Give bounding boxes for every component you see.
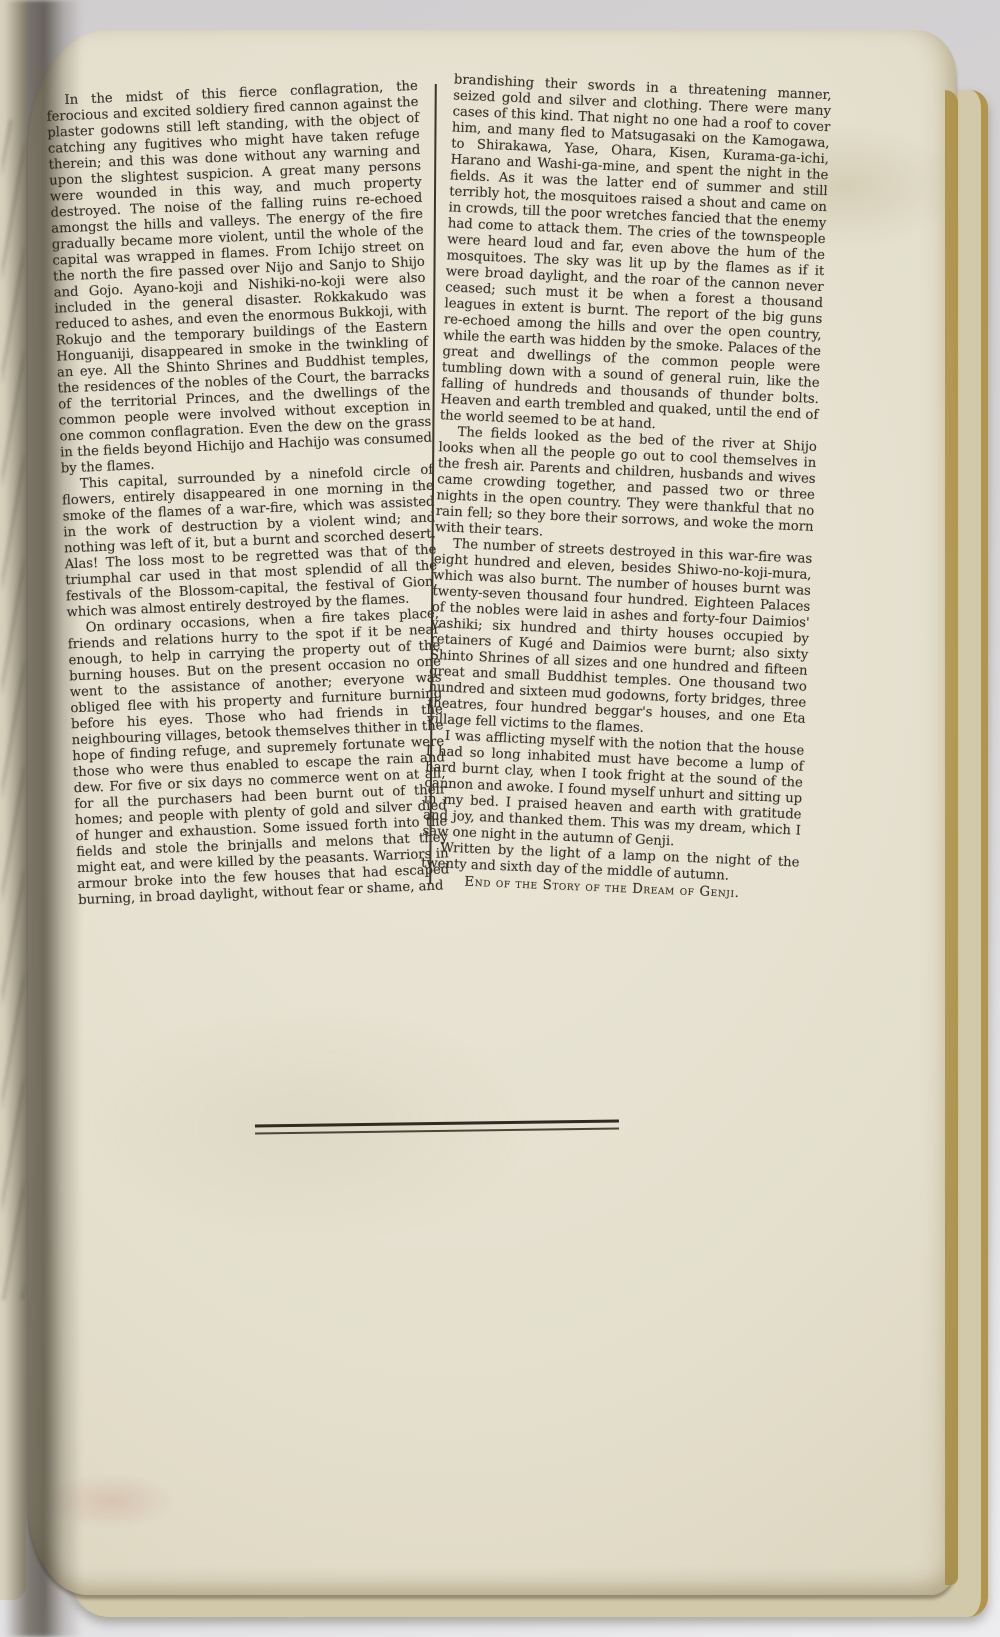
paragraph: This capital, surrounded by a ninefold c…	[61, 463, 438, 622]
paragraph: The number of streets destroyed in this …	[427, 536, 813, 744]
left-text-column: In the midst of this fierce conflagratio…	[46, 79, 450, 909]
paragraph: brandishing their swords in a threatenin…	[440, 72, 832, 440]
paragraph: The fields looked as the bed of the rive…	[435, 424, 817, 552]
decorative-double-rule	[255, 1119, 619, 1134]
paragraph: I was afflicting myself with the notion …	[422, 728, 804, 856]
paragraph: On ordinary occasions, when a fire takes…	[67, 606, 450, 909]
right-text-column: brandishing their swords in a threatenin…	[420, 72, 832, 904]
right-column-paragraphs: brandishing their swords in a threatenin…	[421, 72, 832, 887]
double-rule-thin-line	[255, 1127, 619, 1134]
book-page: In the midst of this fierce conflagratio…	[28, 30, 956, 1595]
previous-page-edge	[0, 0, 26, 1600]
double-rule-thick-line	[255, 1119, 619, 1127]
paragraph: In the midst of this fierce conflagratio…	[46, 79, 433, 478]
photo-backdrop: In the midst of this fierce conflagratio…	[0, 0, 1000, 1637]
